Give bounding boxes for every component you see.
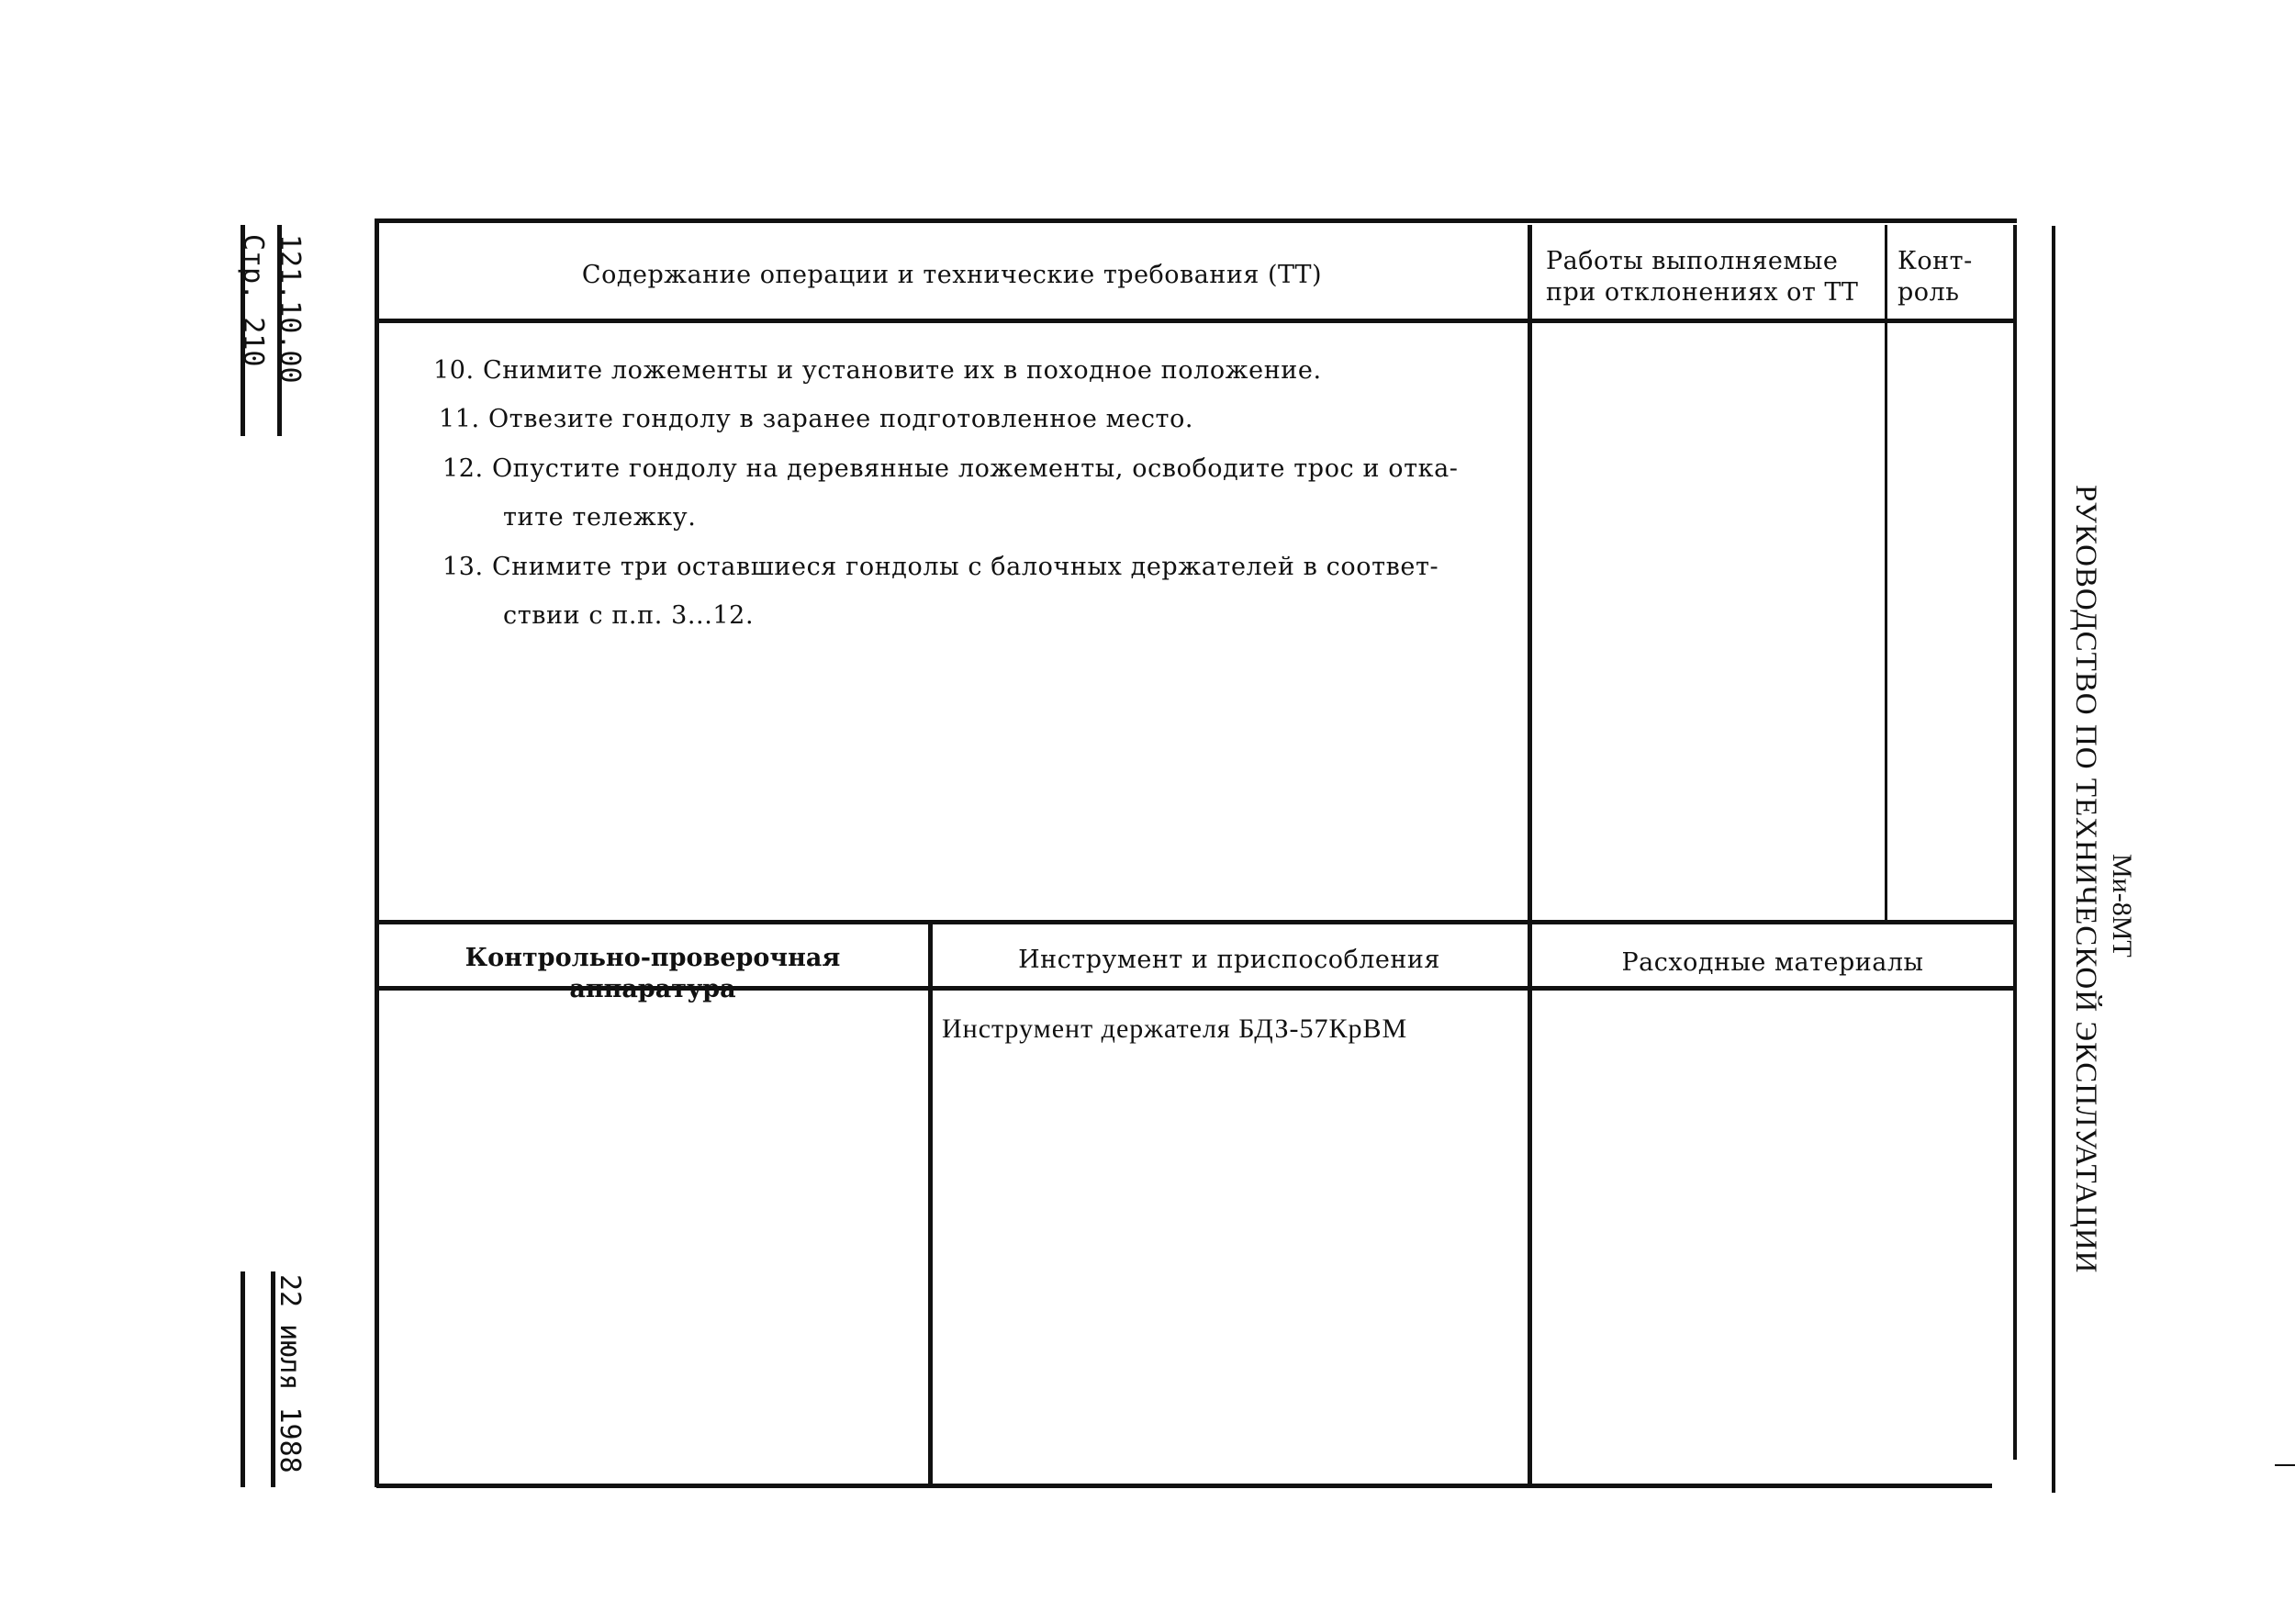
header-control-line1: Конт- xyxy=(1898,246,1973,277)
header-bottom-border xyxy=(376,319,2017,323)
step-text: Отвезите гондолу в заранее подготовленно… xyxy=(488,405,1193,433)
manual-title: РУКОВОДСТВО ПО ТЕХНИЧЕСКОЙ ЭКСПЛУАТАЦИИ xyxy=(2068,485,2102,1273)
page-number: Стр. 210 xyxy=(237,234,269,367)
revision-date: 22 июля 1988 xyxy=(274,1274,306,1473)
tools-value: Инструмент держателя БДЗ-57КрВМ xyxy=(942,1014,1407,1045)
header-deviations: Работы выполняемые при отклонениях от ТТ xyxy=(1546,246,1858,308)
header-tools: Инструмент и приспособления xyxy=(933,945,1526,976)
document-code: 121.10.00 xyxy=(274,234,306,384)
step-text: Снимите три оставшиеся гондолы с балочны… xyxy=(492,553,1439,581)
step-13-continued: ствии с п.п. 3...12. xyxy=(503,601,754,630)
header-test-equipment: Контрольно-проверочная аппаратура xyxy=(378,943,927,1005)
step-text: Опустите гондолу на деревянные ложементы… xyxy=(492,454,1459,483)
step-12: 12. Опустите гондолу на деревянные ложем… xyxy=(442,454,1459,483)
header-content: Содержание операции и технические требов… xyxy=(378,260,1526,291)
header-deviations-line1: Работы выполняемые xyxy=(1546,246,1858,277)
step-number: 13. xyxy=(442,553,484,581)
resources-top-border xyxy=(376,920,2017,924)
header-deviations-line2: при отклонениях от ТТ xyxy=(1546,277,1858,308)
deviations-divider xyxy=(1528,225,1532,1487)
step-12-continued: тите тележку. xyxy=(503,503,696,532)
step-10: 10. Снимите ложементы и установите их в … xyxy=(433,356,1322,385)
table-top-border xyxy=(376,218,2017,223)
step-number: 11. xyxy=(439,405,480,433)
step-text: Снимите ложементы и установите их в похо… xyxy=(483,356,1322,385)
equipment-tools-divider xyxy=(928,920,933,1487)
header-control-line2: роль xyxy=(1898,277,1973,308)
step-number: 12. xyxy=(442,454,484,483)
step-number: 10. xyxy=(433,356,475,385)
table-left-border xyxy=(375,218,379,1487)
right-margin-rule xyxy=(2052,226,2055,1493)
table-bottom-border xyxy=(376,1484,1992,1488)
edge-mark xyxy=(2275,1464,2295,1466)
step-13: 13. Снимите три оставшиеся гондолы с бал… xyxy=(442,553,1439,581)
header-consumables: Расходные материалы xyxy=(1532,947,2013,979)
header-control: Конт- роль xyxy=(1898,246,1973,308)
step-11: 11. Отвезите гондолу в заранее подготовл… xyxy=(439,405,1193,433)
aircraft-model: Ми-8МТ xyxy=(2106,854,2137,958)
table-right-border xyxy=(2013,225,2017,1460)
control-divider xyxy=(1885,225,1887,920)
date-rule-outer xyxy=(241,1271,245,1487)
